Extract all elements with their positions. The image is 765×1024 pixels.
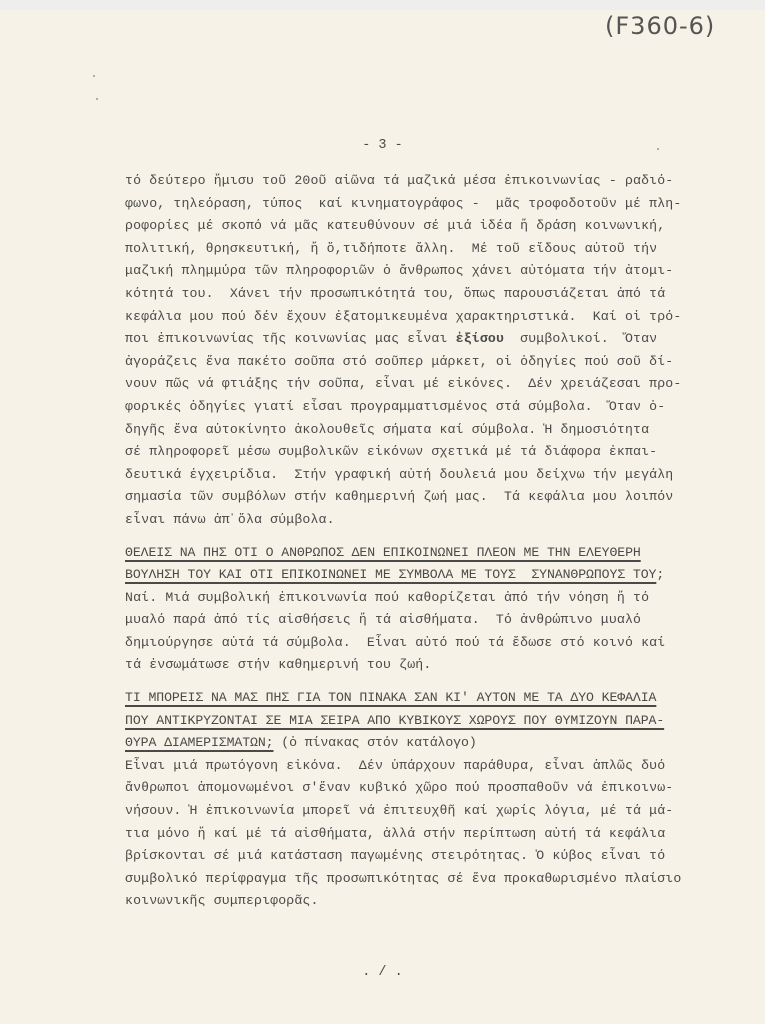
text-line: Εἶναι μιά πρωτόγονη εἰκόνα. Δέν ὑπάρχουν… bbox=[125, 755, 685, 778]
text-line: τια μόνο ἤ καί μέ τά αἰσθήματα, ἀλλά στή… bbox=[125, 823, 685, 846]
text-line: δευτικά ἐγχειρίδια. Στήν γραφική αὐτή δο… bbox=[125, 464, 685, 487]
text-line: μυαλό παρά ἀπό τίς αἰσθήσεις ἤ τά αἰσθήμ… bbox=[125, 609, 685, 632]
text-line: Ναί. Μιά συμβολική ἐπικοινωνία πού καθορ… bbox=[125, 587, 685, 610]
page-number: - 3 - bbox=[0, 138, 765, 153]
continuation-mark: . / . bbox=[0, 965, 765, 980]
text-line: πολιτική, θρησκευτική, ἤ ὅ,τιδήποτε ἄλλη… bbox=[125, 238, 685, 261]
archive-reference: (F360-6) bbox=[605, 12, 715, 40]
text-line: σημασία τῶν συμβόλων στήν καθημερινή ζωή… bbox=[125, 486, 685, 509]
text-line: κότητά του. Χάνει τήν προσωπικότητά του,… bbox=[125, 283, 685, 306]
text-line: εἶναι πάνω ἀπ᾿ὅλα σύμβολα. bbox=[125, 509, 685, 532]
question-text: ΤΙ ΜΠΟΡΕΙΣ ΝΑ ΜΑΣ ΠΗΣ ΓΙΑ ΤΟΝ ΠΙΝΑΚΑ ΣΑΝ… bbox=[125, 690, 656, 705]
text-line: τά ἐνσωμάτωσε στήν καθημερινή του ζωή. bbox=[125, 654, 685, 677]
document-body: τό δεύτερο ἥμισυ τοῦ 20οῦ αἰῶνα τά μαζικ… bbox=[125, 170, 685, 913]
text-line: τό δεύτερο ἥμισυ τοῦ 20οῦ αἰῶνα τά μαζικ… bbox=[125, 170, 685, 193]
paper-speck bbox=[93, 75, 95, 77]
text-line: νήσουν. Ἡ ἐπικοινωνία μπορεῖ νά ἐπιτευχθ… bbox=[125, 800, 685, 823]
text-line: δηγῆς ἕνα αὐτοκίνητο ἀκολουθεῖς σήματα κ… bbox=[125, 419, 685, 442]
text-line-with-bold: ποι ἐπικοινωνίας τῆς κοινωνίας μας εἶναι… bbox=[125, 328, 685, 351]
interview-question-2: ΤΙ ΜΠΟΡΕΙΣ ΝΑ ΜΑΣ ΠΗΣ ΓΙΑ ΤΟΝ ΠΙΝΑΚΑ ΣΑΝ… bbox=[125, 687, 685, 755]
paper-speck bbox=[657, 148, 659, 150]
question-text: ΠΟΥ ΑΝΤΙΚΡΥΖΟΝΤΑΙ ΣΕ ΜΙΑ ΣΕΙΡΑ ΑΠΟ ΚΥΒΙΚ… bbox=[125, 713, 664, 728]
text-line: νουν πῶς νά φτιάξης τήν σοῦπα, εἶναι μέ … bbox=[125, 373, 685, 396]
catalogue-note: (ὁ πίνακας στόν κατάλογο) bbox=[273, 735, 476, 750]
text-line: βρίσκονται σέ μιά κατάσταση παγωμένης στ… bbox=[125, 845, 685, 868]
answer-paragraph-2: Ναί. Μιά συμβολική ἐπικοινωνία πού καθορ… bbox=[125, 587, 685, 677]
paper-speck bbox=[96, 98, 98, 100]
text-line: κοινωνικῆς συμπεριφορᾶς. bbox=[125, 890, 685, 913]
text-line: φωνο, τηλεόραση, τύπος καί κινηματογράφο… bbox=[125, 193, 685, 216]
text-line: κεφάλια μου πού δέν ἔχουν ἐξατομικευμένα… bbox=[125, 306, 685, 329]
interview-question-1: ΘΕΛΕΙΣ ΝΑ ΠΗΣ ΟΤΙ Ο ΑΝΘΡΩΠΟΣ ΔΕΝ ΕΠΙΚΟΙΝ… bbox=[125, 542, 685, 587]
text-line: φορικές ὁδηγίες γιατί εἶσαι προγραμματισ… bbox=[125, 396, 685, 419]
question-text: ΘΕΛΕΙΣ ΝΑ ΠΗΣ ΟΤΙ Ο ΑΝΘΡΩΠΟΣ ΔΕΝ ΕΠΙΚΟΙΝ… bbox=[125, 545, 641, 560]
text-line: συμβολικό περίφραγμα τῆς προσωπικότητας … bbox=[125, 868, 685, 891]
text-line: σέ πληροφορεῖ μέσω συμβολικῶν εἰκόνων σχ… bbox=[125, 441, 685, 464]
text-line: ἄνθρωποι ἀπομονωμένοι σ'ἕναν κυβικό χῶρο… bbox=[125, 777, 685, 800]
question-text: ΘΥΡΑ ΔΙΑΜΕΡΙΣΜΑΤΩΝ; bbox=[125, 735, 273, 750]
text-line: δημιούργησε αὐτά τά σύμβολα. Εἶναι αὐτό … bbox=[125, 632, 685, 655]
question-mark: ; bbox=[656, 567, 664, 582]
answer-paragraph-1: τό δεύτερο ἥμισυ τοῦ 20οῦ αἰῶνα τά μαζικ… bbox=[125, 170, 685, 532]
question-text: ΒΟΥΛΗΣΗ ΤΟΥ ΚΑΙ ΟΤΙ ΕΠΙΚΟΙΝΩΝΕΙ ΜΕ ΣΥΜΒΟ… bbox=[125, 567, 656, 582]
text-line: ροφορίες μέ σκοπό νά μᾶς κατευθύνουν σέ … bbox=[125, 215, 685, 238]
answer-paragraph-3: Εἶναι μιά πρωτόγονη εἰκόνα. Δέν ὑπάρχουν… bbox=[125, 755, 685, 913]
scan-top-edge bbox=[0, 0, 765, 10]
text-line: ἀγοράζεις ἕνα πακέτο σοῦπα στό σοῦπερ μά… bbox=[125, 351, 685, 374]
text-line: μαζική πλημμύρα τῶν πληροφοριῶν ὁ ἄνθρωπ… bbox=[125, 260, 685, 283]
bold-word: ἐξίσου bbox=[456, 331, 504, 346]
